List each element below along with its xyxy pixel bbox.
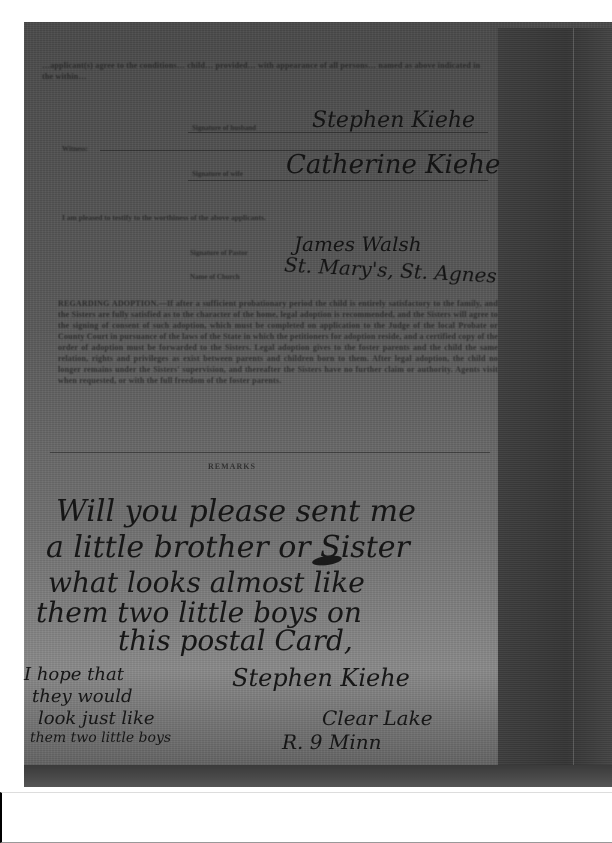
adoption-heading: REGARDING ADOPTION. xyxy=(58,299,159,308)
remark-line: Will you please sent me xyxy=(56,494,416,529)
adoption-paragraph: REGARDING ADOPTION.—If after a sufficien… xyxy=(58,298,498,438)
pastor-signature: James Walsh xyxy=(294,232,422,256)
remarks-heading: REMARKS xyxy=(208,462,256,471)
signature-line xyxy=(188,132,488,133)
section-divider xyxy=(50,452,490,453)
scan-edge-shadow xyxy=(498,28,612,784)
adoption-body: —If after a sufficient probationary peri… xyxy=(58,299,498,385)
address-line: Clear Lake xyxy=(322,706,433,730)
wife-signature-label: Signature of wife xyxy=(192,170,243,178)
blank-footer-area xyxy=(0,792,612,843)
side-note-line: they would xyxy=(32,686,133,707)
side-note-line: them two little boys xyxy=(30,730,171,746)
side-note-line: I hope that xyxy=(24,664,124,685)
top-paragraph: …applicant(s) agree to the conditions… c… xyxy=(42,60,482,104)
wife-signature: Catherine Kiehe xyxy=(286,150,500,180)
pastor-statement: I am pleased to testify to the worthines… xyxy=(62,213,266,222)
scan-bottom-shadow xyxy=(24,765,612,787)
side-note-line: look just like xyxy=(38,708,155,729)
remarks-signature: Stephen Kiehe xyxy=(232,664,410,692)
pastor-signature-label: Signature of Pastor xyxy=(190,249,248,257)
church-label: Name of Church xyxy=(190,273,240,281)
applicant-signature: Stephen Kiehe xyxy=(312,108,475,133)
fold-line xyxy=(573,28,574,784)
witness-label: Witness: xyxy=(62,145,88,153)
address-line: R. 9 Minn xyxy=(282,730,382,754)
applicant-signature-label: Signature of husband xyxy=(192,124,256,132)
remark-line: a little brother or Sister xyxy=(46,530,410,565)
remark-line: this postal Card, xyxy=(118,624,353,657)
signature-line xyxy=(188,180,488,181)
remark-line: what looks almost like xyxy=(48,566,365,599)
